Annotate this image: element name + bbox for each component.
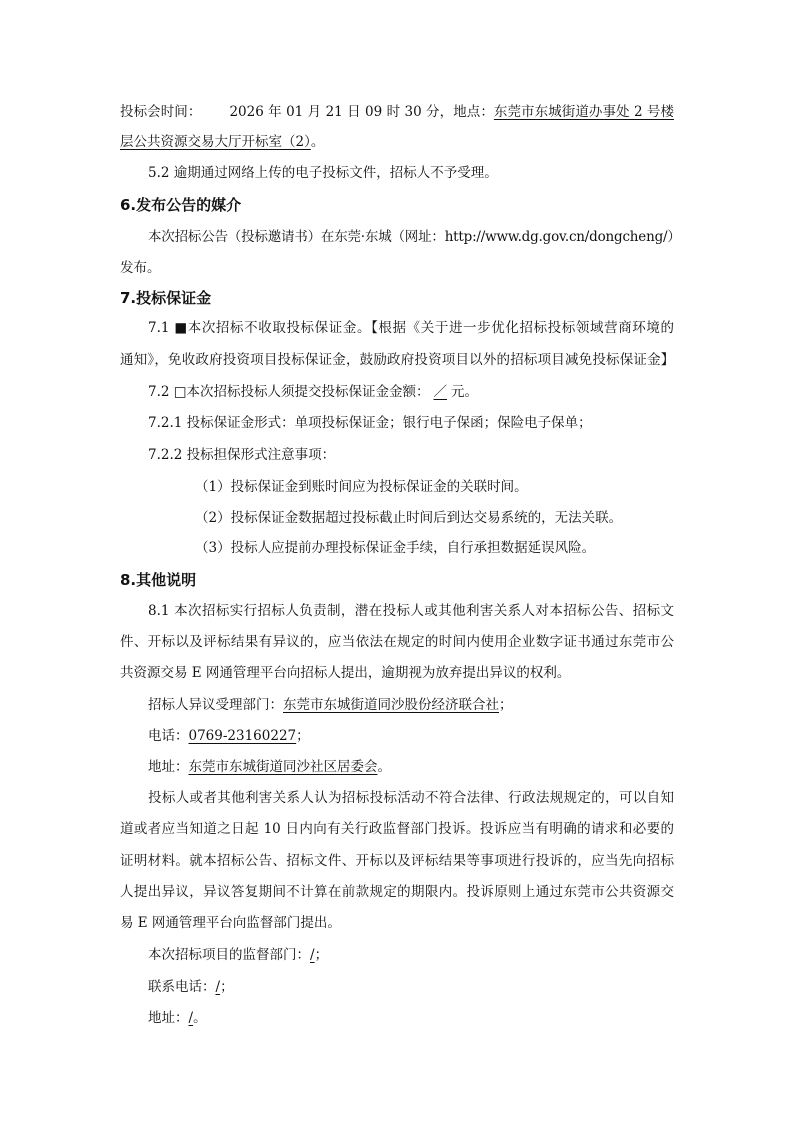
contact-phone-line: 联系电话：/； [148,977,234,997]
item-7-2-1: 7.2.1 投标保证金形式：单项投标保证金；银行电子保函；保险电子保单； [148,413,592,433]
objection-dept-line: 招标人异议受理部门：东莞市东城街道同沙股份经济联合社； [148,695,513,715]
opening-time: 2026 年 01 月 21 日 09 时 30 分，地点： [229,104,493,120]
item-8-1-line-2: 件、开标以及评标结果有异议的，应当依法在规定的时间内使用企业数字证书通过东莞市公 [120,632,674,652]
address: 东莞市东城街道同沙社区居委会 [189,759,378,775]
objection-dept: 东莞市东城街道同沙股份经济联合社 [283,697,499,713]
item-5-2: 5.2 逾期通过网络上传的电子投标文件，招标人不予受理。 [148,163,498,183]
item-8-1-line-1: 8.1 本次招标实行招标人负责制，潜在投标人或其他利害关系人对本招标公告、招标文 [148,601,674,621]
opening-time-line: 投标会时间：2026 年 01 月 21 日 09 时 30 分，地点：东莞市东… [120,102,674,122]
media-line-1: 本次招标公告（投标邀请书）在东莞·东城（网址：http://www.dg.gov… [148,227,681,247]
complaint-line-4: 人提出异议，异议答复期间不计算在前款规定的期限内。投诉原则上通过东莞市公共资源交 [120,882,674,902]
complaint-line-5: 易 E 网通管理平台向监督部门提出。 [120,913,341,933]
heading-section-8: 8.其他说明 [120,570,196,590]
note-2: （2）投标保证金数据超过投标截止时间后到达交易系统的，无法关联。 [195,508,622,528]
supervision-dept-line: 本次招标项目的监督部门：/； [148,945,328,965]
heading-section-7: 7.投标保证金 [120,288,211,308]
complaint-line-1: 投标人或者其他利害关系人认为招标投标活动不符合法律、行政法规规定的，可以自知 [148,788,674,808]
item-7-2-2: 7.2.2 投标担保形式注意事项： [148,445,335,465]
phone-line: 电话：0769-23160227； [148,726,310,746]
item-8-1-line-3: 共资源交易 E 网通管理平台向招标人提出，逾期视为放弃提出异议的权利。 [120,663,570,683]
phone-number: 0769-23160227 [189,728,297,744]
media-line-2: 发布。 [120,258,161,278]
deposit-amount: ／ [430,384,452,400]
item-7-1-b: 通知》，免收政府投资项目投标保证金，鼓励政府投资项目以外的招标项目减免投标保证金… [120,350,674,370]
opening-place-line: 层公共资源交易大厅开标室（2）。 [120,132,324,152]
heading-section-6: 6.发布公告的媒介 [120,195,241,215]
item-7-2: 7.2 □本次招标投标人须提交投标保证金金额：／元。 [148,382,478,402]
note-3: （3）投标人应提前办理投标保证金手续，自行承担数据延误风险。 [195,538,595,558]
complaint-line-2: 道或者应当知道之日起 10 日内向有关行政监督部门投诉。投诉应当有明确的请求和必… [120,819,674,839]
supervision-address-line: 地址：/。 [148,1008,207,1028]
opening-place-cont: 层公共资源交易大厅开标室（2） [120,134,311,150]
address-line: 地址：东莞市东城街道同沙社区居委会。 [148,757,391,777]
item-7-1-a: 7.1 ■本次招标不收取投标保证金。【根据《关于进一步优化招标投标领域营商环境的 [148,318,674,338]
note-1: （1）投标保证金到账时间应为投标保证金的关联时间。 [195,477,528,497]
complaint-line-3: 证明材料。就本招标公告、招标文件、开标以及评标结果等事项进行投诉的，应当先向招标 [120,851,674,871]
opening-label: 投标会时间： [120,104,201,120]
